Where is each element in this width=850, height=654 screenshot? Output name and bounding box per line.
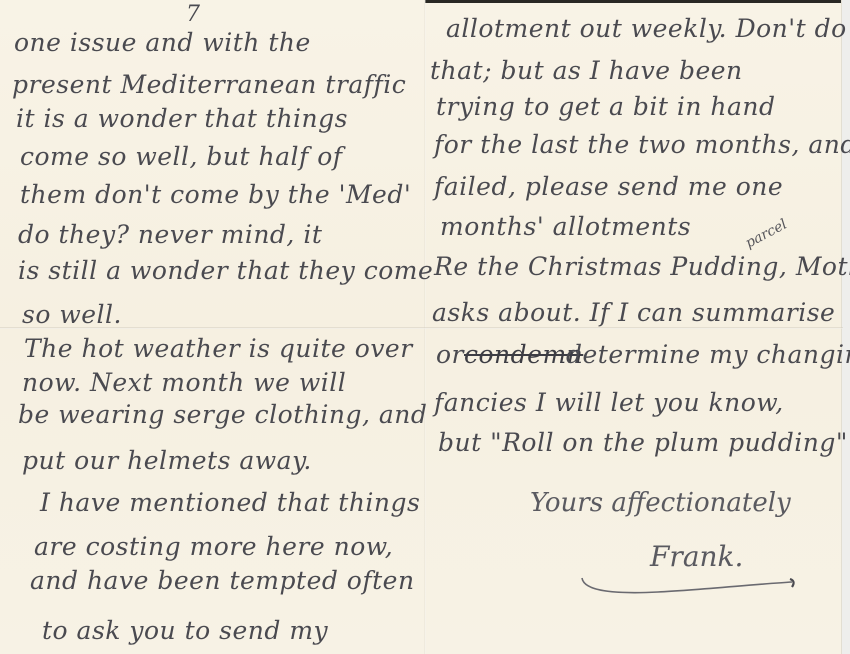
letter-line: and have been tempted often bbox=[30, 566, 415, 595]
page-number: 7 bbox=[186, 2, 200, 27]
letter-line: trying to get a bit in hand bbox=[436, 92, 776, 121]
letter-line: put our helmets away. bbox=[22, 446, 312, 475]
letter-line: months' allotments bbox=[440, 212, 691, 241]
letter-line: them don't come by the 'Med' bbox=[20, 180, 411, 209]
letter-line: do they? never mind, it bbox=[18, 220, 322, 249]
letter-line: now. Next month we will bbox=[22, 368, 346, 397]
letter-line: but "Roll on the plum pudding" bbox=[438, 428, 848, 457]
signature: Frank. bbox=[650, 540, 743, 573]
letter-line: fancies I will let you know, bbox=[434, 388, 784, 417]
letter-line: failed, please send me one bbox=[434, 172, 783, 201]
letter-line: The hot weather is quite over bbox=[24, 334, 413, 363]
letter-line: come so well, but half of bbox=[20, 142, 343, 171]
letter-line: are costing more here now, bbox=[34, 532, 393, 561]
letter-line: is still a wonder that they come bbox=[18, 256, 433, 285]
letter-line: determine my changing bbox=[566, 340, 850, 369]
letter-line: to ask you to send my bbox=[42, 616, 328, 645]
letter-line: one issue and with the bbox=[14, 28, 311, 57]
letter-line: so well. bbox=[22, 300, 122, 329]
letter-line: that; but as I have been bbox=[430, 56, 743, 85]
letter-line: I have mentioned that things bbox=[40, 488, 420, 517]
letter-line: present Mediterranean traffic bbox=[12, 70, 406, 99]
letter-line: allotment out weekly. Don't do bbox=[446, 14, 847, 43]
letter-line: asks about. If I can summarise bbox=[432, 298, 835, 327]
signature-underline-flourish bbox=[578, 574, 800, 598]
letter-line: be wearing serge clothing, and bbox=[18, 400, 427, 429]
horizontal-fold-line bbox=[0, 327, 843, 329]
letter-line: for the last the two months, and bbox=[434, 130, 850, 159]
letter-line: Re the Christmas Pudding, Mother bbox=[434, 252, 850, 281]
letter-line: it is a wonder that things bbox=[16, 104, 348, 133]
valediction: Yours affectionately bbox=[530, 488, 791, 518]
letter-line: or bbox=[436, 340, 464, 369]
scan-top-edge bbox=[425, 0, 850, 3]
